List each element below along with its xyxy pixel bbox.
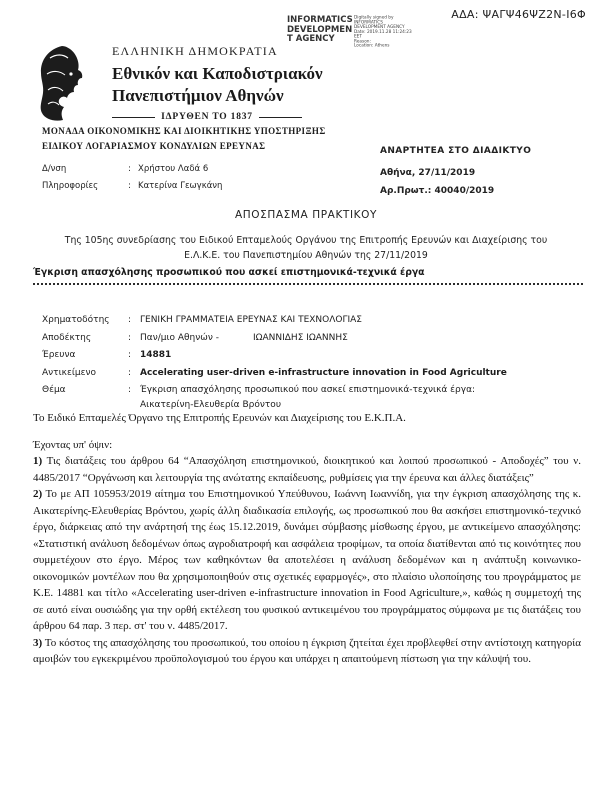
object-value: Accelerating user-driven e-infrastructur…: [140, 367, 572, 379]
stamp-agency-name: INFORMATICS DEVELOPMEN T AGENCY: [287, 16, 349, 45]
body-intro: Το Ειδικό Επταμελές Όργανο της Επιτροπής…: [33, 410, 581, 427]
unit-name: ΜΟΝΑΔΑ ΟΙΚΟΝΟΜΙΚΗΣ ΚΑΙ ΔΙΟΙΚΗΤΙΚΗΣ ΥΠΟΣΤ…: [42, 124, 326, 154]
unit-line1: ΜΟΝΑΔΑ ΟΙΚΟΝΟΜΙΚΗΣ ΚΑΙ ΔΙΟΙΚΗΤΙΚΗΣ ΥΠΟΣΤ…: [42, 124, 326, 139]
protocol-number: Αρ.Πρωτ.: 40040/2019: [380, 186, 531, 196]
dotted-separator: [33, 283, 583, 285]
topic-line1: Έγκριση απασχόλησης προσωπικού που ασκεί…: [140, 384, 572, 396]
body-text: Το Ειδικό Επταμελές Όργανο της Επιτροπής…: [33, 410, 581, 668]
colon: :: [128, 384, 140, 396]
recipient-label: Αποδέκτης: [42, 332, 128, 344]
colon: :: [128, 367, 140, 379]
research-code: 14881: [140, 349, 572, 361]
recipient-value: Παν/μιο Αθηνών -ΙΩΑΝΝΙΔΗΣ ΙΩΑΝΝΗΣ: [140, 332, 572, 344]
founded-rule-right: [259, 117, 302, 118]
contact-row-information: Πληροφορίες : Κατερίνα Γεωγκάνη: [42, 178, 222, 195]
founded-rule-left: [112, 117, 155, 118]
stamp-detail-line: Date: 2019.11.28 11:24:23: [354, 30, 420, 35]
protocol-block: ΑΝΑΡΤΗΤΕΑ ΣΤΟ ΔΙΑΔΙΚΤΥΟ Αθήνα, 27/11/201…: [380, 146, 531, 196]
address-label: Δ/νση: [42, 161, 128, 178]
university-name-line2: Πανεπιστήμιον Αθηνών: [112, 85, 392, 107]
colon: :: [128, 332, 140, 344]
meta-row-research: Έρευνα : 14881: [42, 349, 572, 361]
information-value: Κατερίνα Γεωγκάνη: [138, 178, 222, 195]
city-date: Αθήνα, 27/11/2019: [380, 168, 531, 178]
metadata-table: Χρηματοδότης : ΓΕΝΙΚΗ ΓΡΑΜΜΑΤΕΙΑ ΕΡΕΥΝΑΣ…: [42, 314, 572, 416]
meta-row-object: Αντικείμενο : Accelerating user-driven e…: [42, 367, 572, 379]
posted-on-internet-label: ΑΝΑΡΤΗΤΕΑ ΣΤΟ ΔΙΑΔΙΚΤΥΟ: [380, 146, 531, 156]
recipient-person: ΙΩΑΝΝΙΔΗΣ ΙΩΑΝΝΗΣ: [253, 333, 348, 343]
recipient-institution: Παν/μιο Αθηνών -: [140, 333, 219, 343]
body-item-3: 3) Το κόστος της απασχόλησης του προσωπι…: [33, 635, 581, 668]
colon: :: [128, 178, 138, 195]
ada-code: ΨΑΓΨ46ΨΖ2Ν-Ι6Φ: [483, 8, 586, 21]
colon: :: [128, 161, 138, 178]
session-subtitle: Της 105ης συνεδρίασης του Ειδικού Επταμε…: [46, 233, 566, 263]
item-1-number: 1): [33, 455, 42, 467]
meta-row-topic: Θέμα : Έγκριση απασχόλησης προσωπικού πο…: [42, 384, 572, 411]
funder-label: Χρηματοδότης: [42, 314, 128, 326]
founded-line: ΙΔΡΥΘΕΝ ΤΟ 1837: [112, 112, 302, 122]
item-1-text: Τις διατάξεις του άρθρου 64 “Απασχόληση …: [33, 455, 581, 484]
contact-row-address: Δ/νση : Χρήστου Λαδά 6: [42, 161, 222, 178]
item-3-text: Το κόστος της απασχόλησης του προσωπικού…: [33, 637, 581, 666]
item-3-number: 3): [33, 637, 42, 649]
session-subtitle-line1: Της 105ης συνεδρίασης του Ειδικού Επταμε…: [46, 233, 566, 248]
masthead: ΕΛΛΗΝΙΚΗ ΔΗΜΟΚΡΑΤΙΑ Εθνικόν και Καποδιστ…: [112, 44, 392, 122]
topic-label: Θέμα: [42, 384, 128, 396]
having-regard: Έχοντας υπ' όψιν:: [33, 437, 581, 454]
meta-row-recipient: Αποδέκτης : Παν/μιο Αθηνών -ΙΩΑΝΝΙΔΗΣ ΙΩ…: [42, 332, 572, 344]
document-title: ΑΠΟΣΠΑΣΜΑ ΠΡΑΚΤΙΚΟΥ: [0, 209, 612, 221]
address-value: Χρήστου Λαδά 6: [138, 161, 222, 178]
session-subtitle-line2: Ε.Λ.Κ.Ε. του Πανεπιστημίου Αθηνών της 27…: [46, 248, 566, 263]
hellenic-republic-label: ΕΛΛΗΝΙΚΗ ΔΗΜΟΚΡΑΤΙΑ: [112, 44, 392, 59]
topic-value: Έγκριση απασχόλησης προσωπικού που ασκεί…: [140, 384, 572, 411]
object-label: Αντικείμενο: [42, 367, 128, 379]
document-page: ΑΔΑ: ΨΑΓΨ46ΨΖ2Ν-Ι6Φ INFORMATICS DEVELOPM…: [0, 0, 612, 792]
information-label: Πληροφορίες: [42, 178, 128, 195]
item-2-text: Το με ΑΠ 105953/2019 αίτημα του Επιστημο…: [33, 488, 581, 632]
university-emblem-icon: [36, 44, 96, 122]
ada-label: ΑΔΑ:: [451, 8, 478, 21]
unit-line2: ΕΙΔΙΚΟΥ ΛΟΓΑΡΙΑΣΜΟΥ ΚΟΝΔΥΛΙΩΝ ΕΡΕΥΝΑΣ: [42, 139, 326, 154]
topic-person: Αικατερίνη-Ελευθερία Βρόντου: [140, 399, 572, 411]
colon: :: [128, 349, 140, 361]
meta-row-funder: Χρηματοδότης : ΓΕΝΙΚΗ ΓΡΑΜΜΑΤΕΙΑ ΕΡΕΥΝΑΣ…: [42, 314, 572, 326]
body-item-1: 1) Τις διατάξεις του άρθρου 64 “Απασχόλη…: [33, 453, 581, 486]
university-name-line1: Εθνικόν και Καποδιστριακόν: [112, 63, 392, 85]
colon: :: [128, 314, 140, 326]
founded-text: ΙΔΡΥΘΕΝ ΤΟ 1837: [161, 112, 253, 122]
ada-number: ΑΔΑ: ΨΑΓΨ46ΨΖ2Ν-Ι6Φ: [451, 8, 586, 21]
item-2-number: 2): [33, 488, 42, 500]
research-label: Έρευνα: [42, 349, 128, 361]
funder-value: ΓΕΝΙΚΗ ΓΡΑΜΜΑΤΕΙΑ ΕΡΕΥΝΑΣ ΚΑΙ ΤΕΧΝΟΛΟΓΙΑ…: [140, 314, 572, 326]
subject-heading: Έγκριση απασχόλησης προσωπικού που ασκεί…: [33, 267, 425, 278]
contact-block: Δ/νση : Χρήστου Λαδά 6 Πληροφορίες : Κατ…: [42, 161, 222, 195]
body-item-2: 2) Το με ΑΠ 105953/2019 αίτημα του Επιστ…: [33, 486, 581, 635]
